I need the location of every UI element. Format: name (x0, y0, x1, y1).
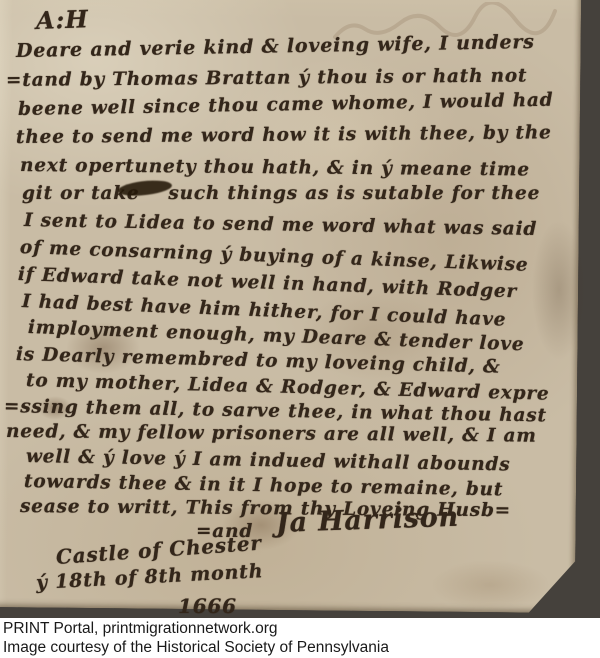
signature: Ja Harrison (275, 502, 459, 539)
manuscript-line: need, & my fellow prisoners are all well… (6, 421, 537, 447)
caption-courtesy: Image courtesy of the Historical Society… (3, 638, 597, 657)
image-caption: PRINT Portal, printmigrationnetwork.org … (3, 619, 597, 657)
manuscript-line: =tand by Thomas Brattan ý thou is or hat… (6, 65, 528, 91)
manuscript-scan-image: A:H Deare and verie kind & loveing wife,… (0, 0, 600, 618)
screenshot: A:H Deare and verie kind & loveing wife,… (0, 0, 600, 658)
manuscript-line: thee to send me word how it is with thee… (16, 122, 552, 148)
manuscript-line: beene well since thou came whome, I woul… (18, 90, 554, 120)
salutation: A:H (35, 4, 89, 35)
manuscript-line: git or take such things as is sutable fo… (22, 183, 540, 204)
manuscript-line: I sent to Lidea to send me word what was… (24, 210, 538, 240)
manuscript-line: Deare and verie kind & loveing wife, I u… (16, 31, 535, 62)
manuscript-line: well & ý love ý I am indued withall abou… (26, 446, 511, 475)
year-line: 1666 (178, 594, 237, 618)
manuscript-line: next opertunety thou hath, & in ý meane … (20, 155, 530, 180)
handwritten-letter: A:H Deare and verie kind & loveing wife,… (0, 0, 600, 618)
caption-source: PRINT Portal, printmigrationnetwork.org (3, 619, 597, 638)
